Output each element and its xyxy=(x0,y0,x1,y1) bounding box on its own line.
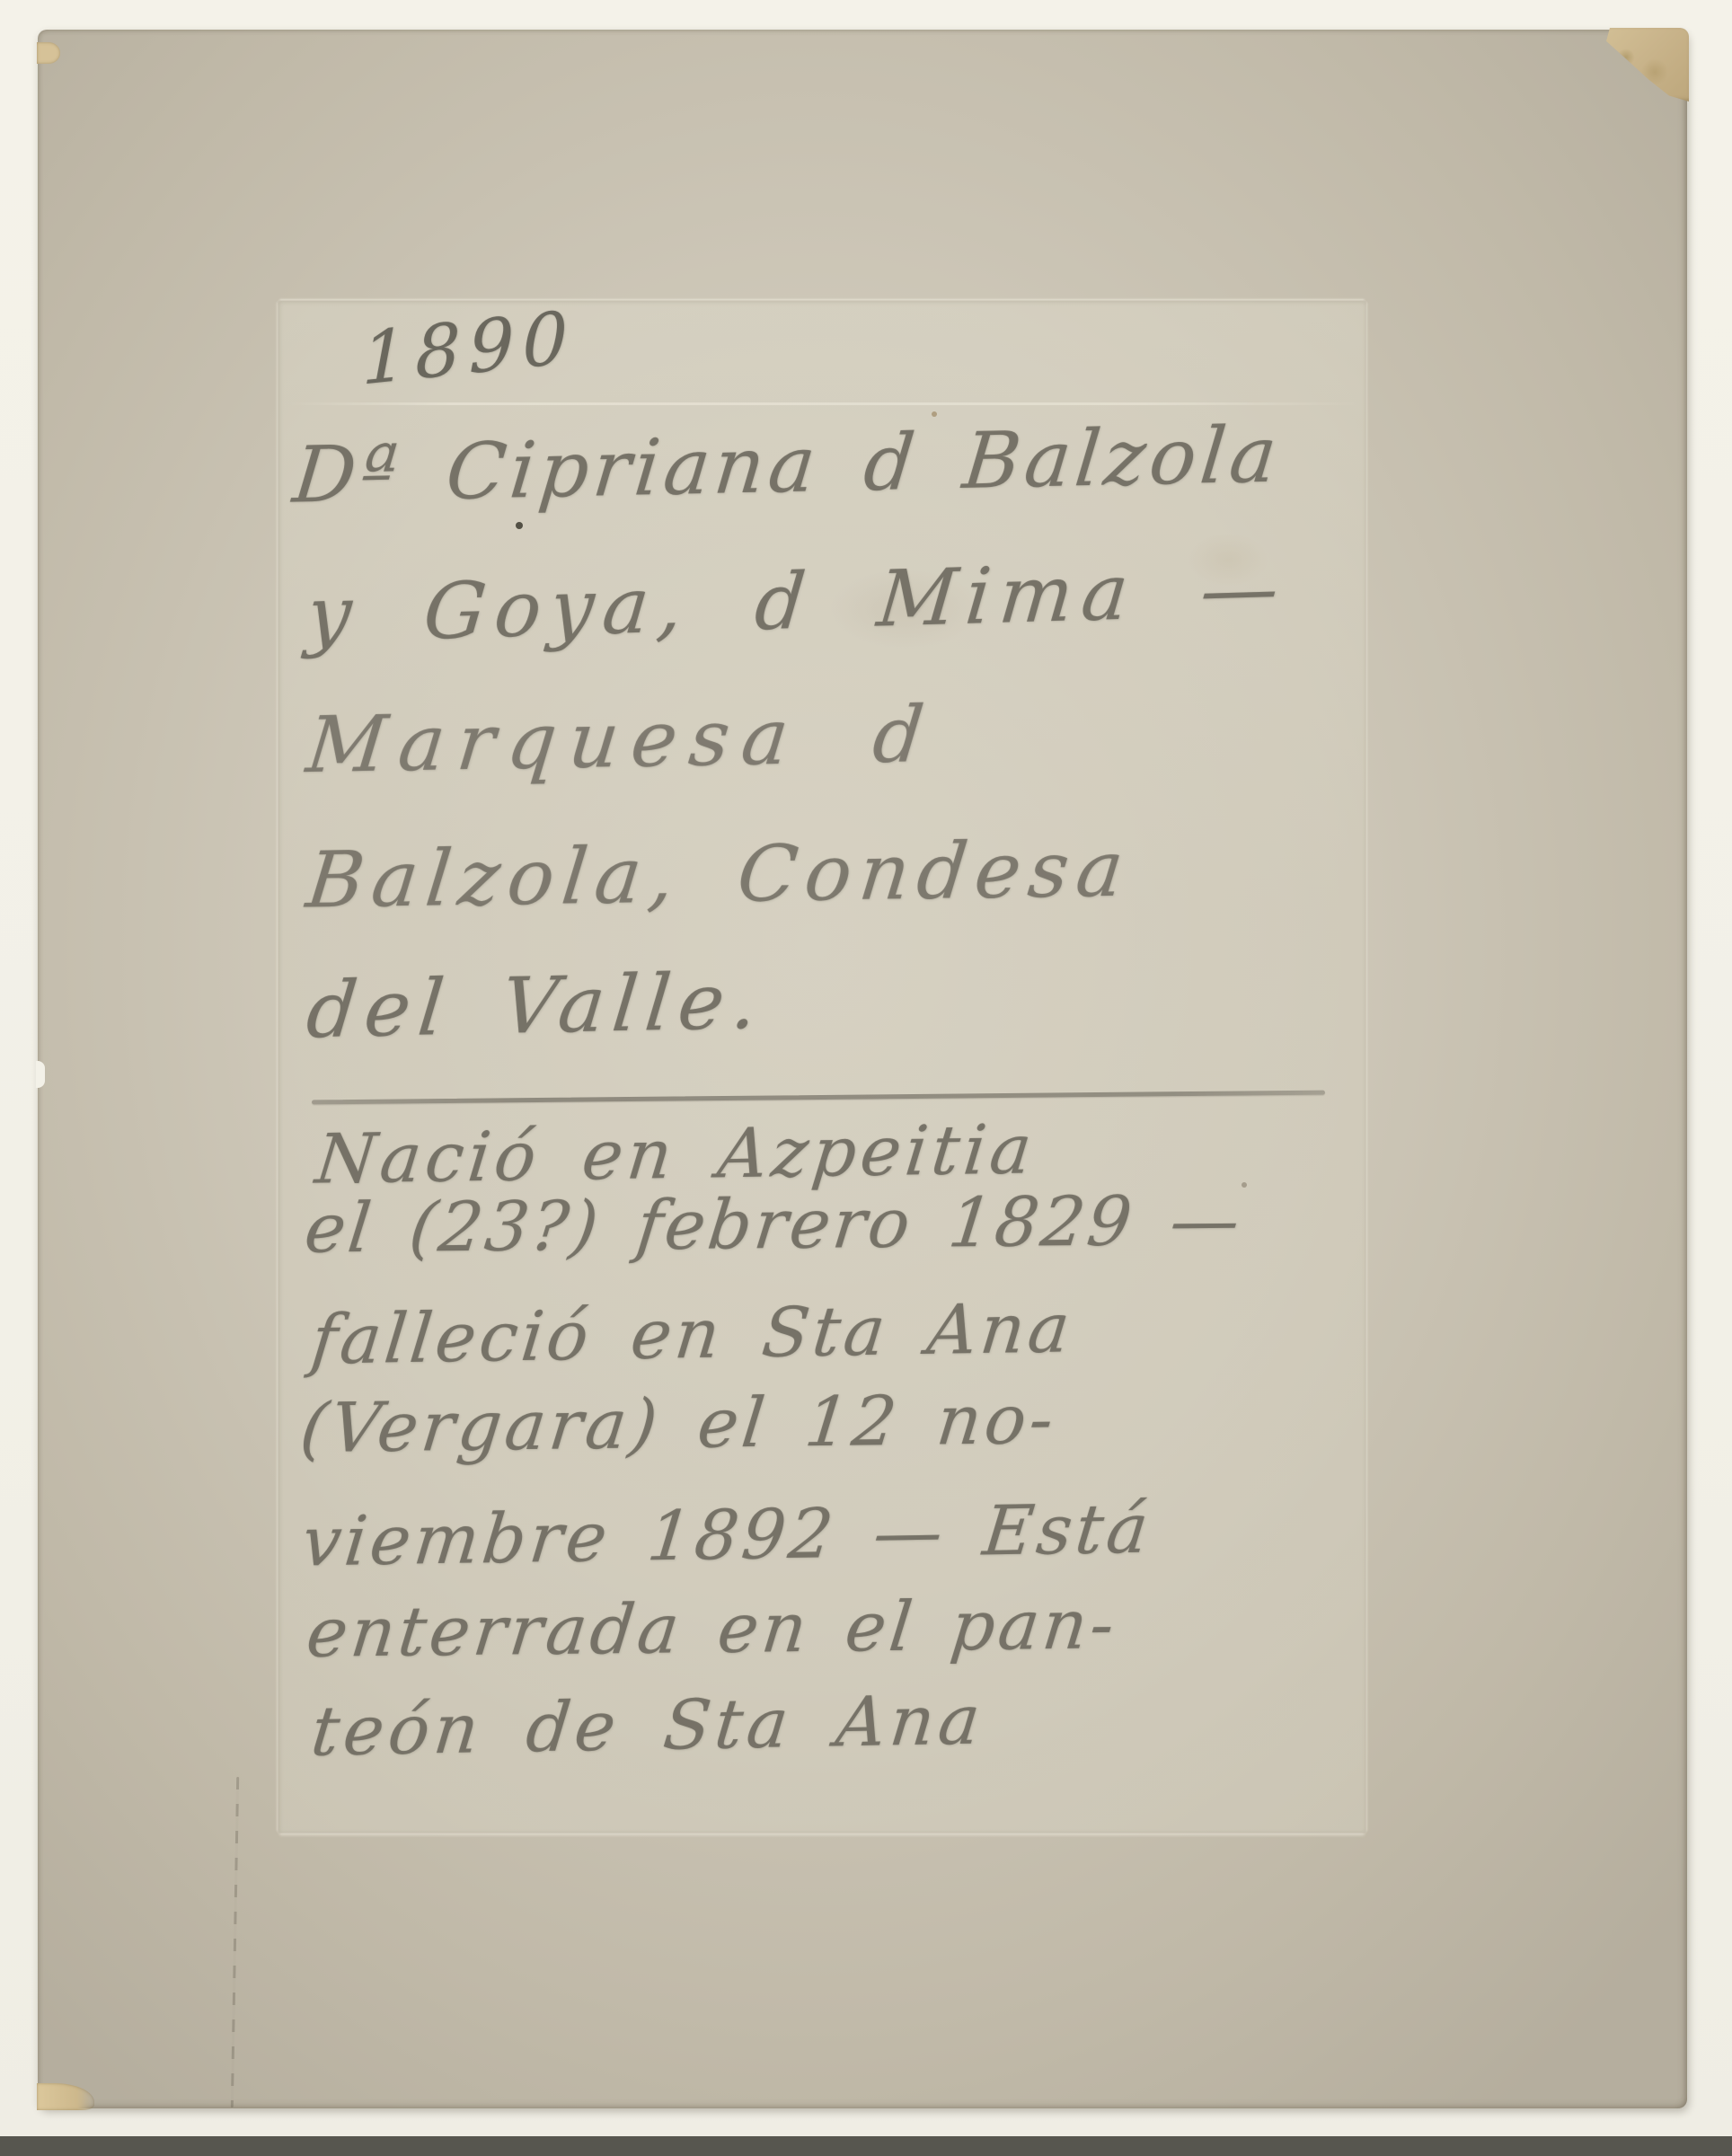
damaged-corner-top-right xyxy=(1599,28,1689,102)
handwriting-line-title-3: del Valle. xyxy=(304,963,769,1050)
paper-fold-highlight xyxy=(289,402,1358,405)
paper-chip-bottom-left xyxy=(37,2083,94,2110)
handwriting-year: 1890 xyxy=(362,301,576,395)
paper-speck xyxy=(1242,1182,1247,1188)
handwriting-line-death-2: (Vergara) el 12 no- xyxy=(297,1385,1060,1462)
handwriting-line-title-1: Marquesa d xyxy=(304,696,941,784)
handwriting-line-name: Dª Cipriana d Balzola xyxy=(290,416,1285,514)
ink-speck xyxy=(516,522,523,529)
handwriting-line-birth-2: el (23?) febrero 1829 — xyxy=(302,1186,1246,1262)
paper-speck xyxy=(932,411,937,417)
handwriting-line-death-1: falleció en Sta Ana xyxy=(308,1294,1076,1374)
vertical-crease xyxy=(231,1777,239,2107)
photo-card-verso: 1890 Dª Cipriana d Balzola y Goya, d Mim… xyxy=(38,30,1687,2108)
scanner-edge-strip xyxy=(0,2136,1732,2156)
handwriting-line-title-2: Balzola, Condesa xyxy=(303,831,1135,920)
edge-notch-left xyxy=(36,1061,45,1088)
handwriting-line-death-3: viembre 1892 — Está xyxy=(299,1495,1154,1577)
paper-chip-top-left xyxy=(37,42,60,64)
handwriting-line-burial-1: enterrada en el pan- xyxy=(304,1590,1121,1667)
handwriting-line-burial-2: teón de Sta Ana xyxy=(308,1685,987,1765)
